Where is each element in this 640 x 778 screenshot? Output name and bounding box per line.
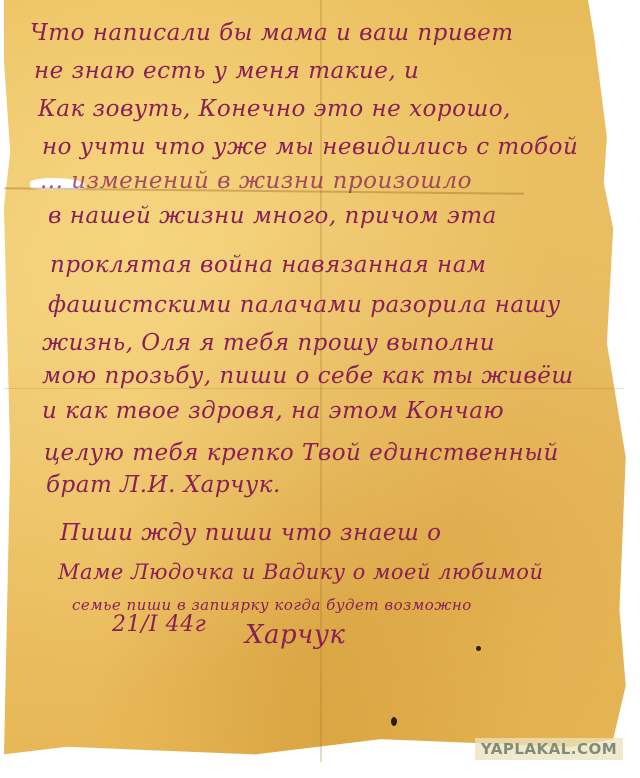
letter-line: не знаю есть у меня такие, и <box>34 58 419 84</box>
letter-line: мою прозьбу, пиши о себе как ты живёш <box>42 363 574 389</box>
letter-line: но учти что уже мы невидились с тобой <box>42 134 578 160</box>
letter-line: брат Л.И. Харчук. <box>46 472 281 498</box>
letter-line: Маме Людочка и Вадику о моей любимой <box>58 560 543 584</box>
ink-spot <box>391 717 397 726</box>
letter-line: Как зовуть, Конечно это не хорошо, <box>38 96 511 122</box>
letter-line: в нашей жизни много, причом эта <box>48 203 497 229</box>
letter-line: целую тебя крепко Твой единственный <box>44 440 559 466</box>
letter-line: ... изменений в жизни произошло <box>40 168 472 194</box>
letter-line: Что написали бы мама и ваш привет <box>30 20 514 46</box>
letter-signature: Харчук <box>245 620 345 650</box>
letter-line: фашистскими палачами разорила нашу <box>48 292 561 318</box>
ink-spot <box>476 646 481 651</box>
letter-line: и как твое здровя, на этом Кончаю <box>42 398 504 424</box>
letter-line: жизнь, Оля я тебя прошу выполни <box>42 330 495 356</box>
letter-line: проклятая война навязанная нам <box>50 252 487 278</box>
letter-date: 21/I 44г <box>112 612 206 637</box>
letter-line: Пиши жду пиши что знаеш о <box>60 520 441 546</box>
watermark: YAPLAKAL.COM <box>475 738 623 760</box>
